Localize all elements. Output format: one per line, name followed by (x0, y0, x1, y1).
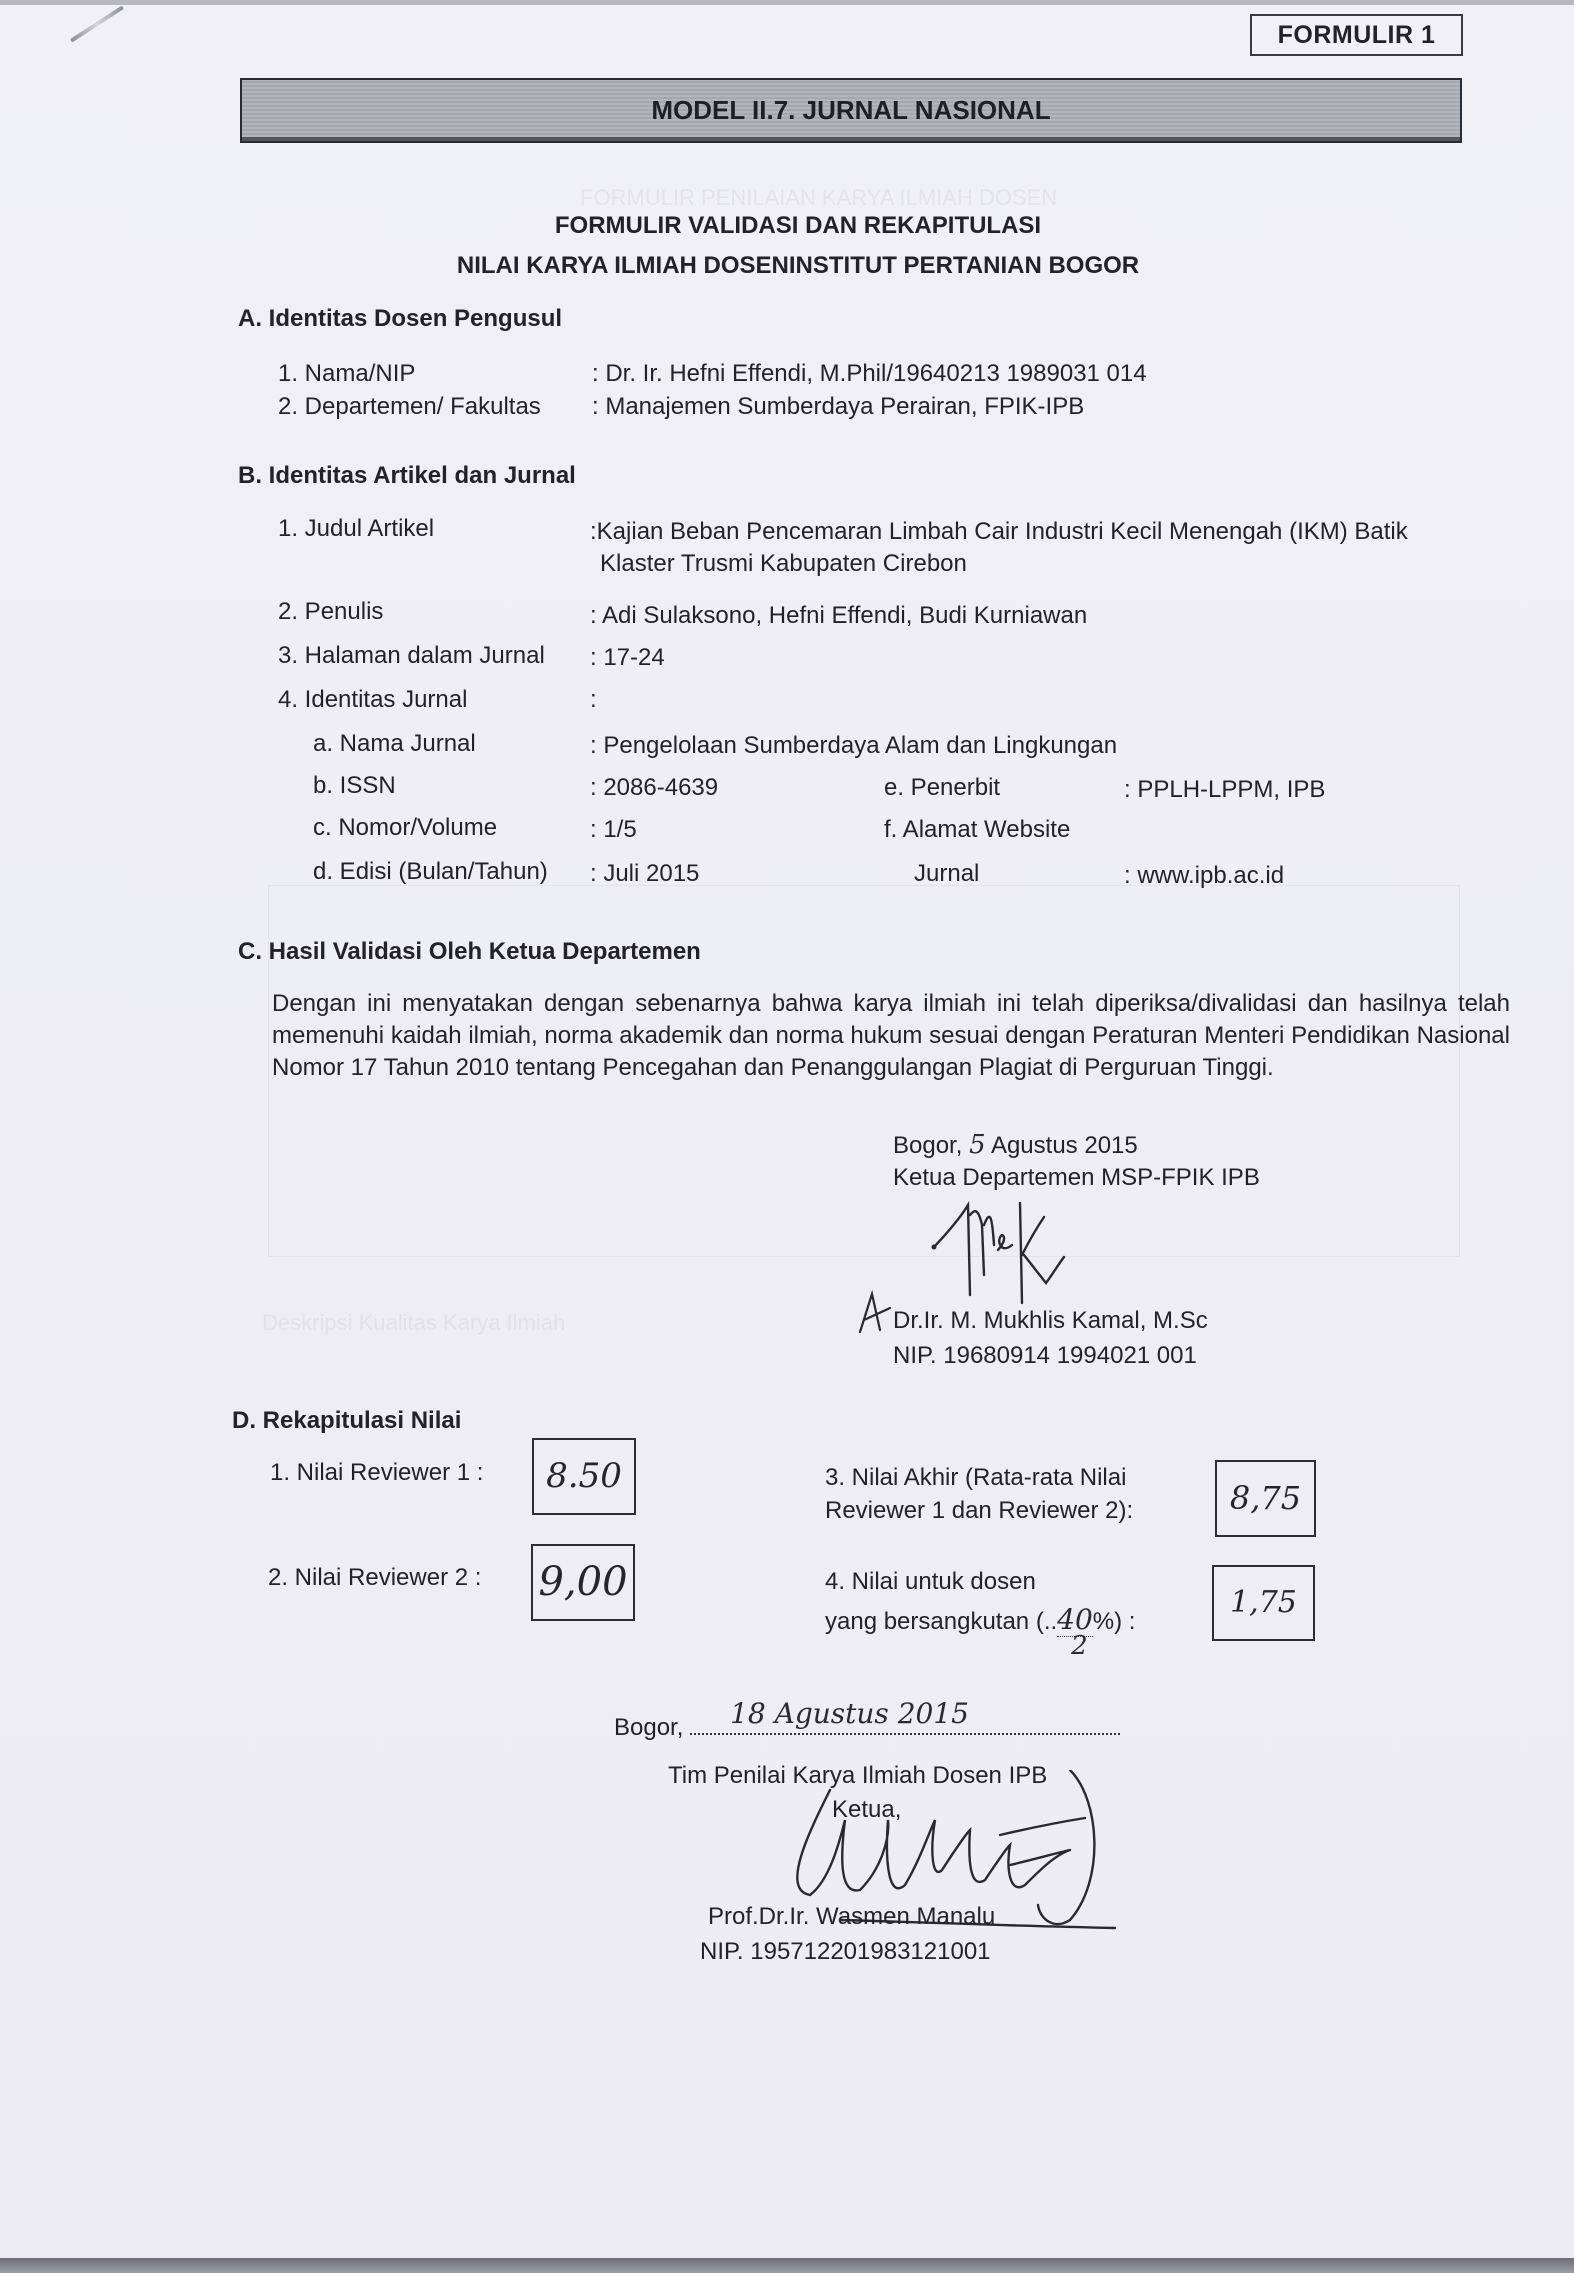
edisi-value: : Juli 2015 (590, 860, 699, 888)
judul-artikel-label: 1. Judul Artikel (278, 515, 434, 543)
reviewer2-score-box: 9,00 (531, 1544, 635, 1621)
alamat-website-label: f. Alamat Website (884, 816, 1070, 844)
bleed-through-text: FORMULIR PENILAIAN KARYA ILMIAH DOSEN (580, 185, 1057, 211)
nama-nip-label: 1. Nama/NIP (278, 360, 415, 388)
department-head-name: Dr.Ir. M. Mukhlis Kamal, M.Sc (893, 1307, 1208, 1335)
lecturer-label-prefix: yang bersangkutan (.. (825, 1608, 1057, 1635)
departemen-label: 2. Departemen/ Fakultas (278, 393, 541, 421)
nama-jurnal-value: : Pengelolaan Sumberdaya Alam dan Lingku… (590, 732, 1117, 760)
alamat-website-label-line2: Jurnal (914, 860, 979, 888)
section-d-heading: D. Rekapitulasi Nilai (232, 1407, 461, 1435)
nomor-volume-value: : 1/5 (590, 816, 637, 844)
scan-bottom-edge (0, 2258, 1574, 2273)
handwritten-divisor: 2 (1071, 1631, 1088, 1661)
handwritten-day: 5 (969, 1130, 986, 1160)
handwritten-percent: 402 (1057, 1603, 1093, 1637)
departemen-value: : Manajemen Sumberdaya Perairan, FPIK-IP… (592, 393, 1084, 421)
judul-artikel-value-line2: Klaster Trusmi Kabupaten Cirebon (600, 550, 967, 578)
validation-statement: Dengan ini menyatakan dengan sebenarnya … (272, 988, 1510, 1084)
issn-value: : 2086-4639 (590, 774, 718, 802)
penerbit-value: : PPLH-LPPM, IPB (1124, 776, 1325, 804)
reviewer1-label: 1. Nilai Reviewer 1 : (270, 1459, 483, 1487)
identitas-jurnal-colon: : (590, 686, 597, 714)
final-score-label-line1: 3. Nilai Akhir (Rata-rata Nilai (825, 1464, 1126, 1492)
handwritten-date: 18 Agustus 2015 (730, 1697, 969, 1730)
issn-label: b. ISSN (313, 772, 396, 800)
footer-place-prefix: Bogor, (614, 1714, 690, 1741)
alamat-website-value: : www.ipb.ac.id (1124, 862, 1284, 890)
model-banner: MODEL II.7. JURNAL NASIONAL (240, 78, 1462, 143)
halaman-label: 3. Halaman dalam Jurnal (278, 642, 545, 670)
reviewer1-score-box: 8.50 (532, 1438, 636, 1515)
form-number-label: FORMULIR 1 (1250, 14, 1463, 56)
document-title-line2: NILAI KARYA ILMIAH DOSENINSTITUT PERTANI… (0, 252, 1574, 280)
section-b-heading: B. Identitas Artikel dan Jurnal (238, 462, 576, 490)
section-c-heading: C. Hasil Validasi Oleh Ketua Departemen (238, 938, 701, 966)
nama-nip-value: : Dr. Ir. Hefni Effendi, M.Phil/19640213… (592, 360, 1147, 388)
department-head-signature (920, 1195, 1090, 1315)
nomor-volume-label: c. Nomor/Volume (313, 814, 497, 842)
validation-place-date: Bogor, 5 Agustus 2015 (893, 1130, 1138, 1160)
lecturer-score-label-line2: yang bersangkutan (..402%) : (825, 1603, 1135, 1637)
lecturer-label-suffix: %) : (1093, 1608, 1136, 1635)
edisi-label: d. Edisi (Bulan/Tahun) (313, 858, 548, 886)
lecturer-score-box: 1,75 (1212, 1565, 1315, 1641)
penulis-label: 2. Penulis (278, 598, 383, 626)
lecturer-score-label-line1: 4. Nilai untuk dosen (825, 1568, 1036, 1596)
document-title-line1: FORMULIR VALIDASI DAN REKAPITULASI (0, 212, 1574, 240)
team-chair-name: Prof.Dr.Ir. Wasmen Manalu (708, 1903, 995, 1931)
bleed-through-text: Deskripsi Kualitas Karya Ilmiah (262, 1310, 565, 1336)
place-prefix: Bogor, (893, 1132, 969, 1159)
scan-top-edge (0, 0, 1574, 5)
penerbit-label: e. Penerbit (884, 774, 1000, 802)
team-chair-nip: NIP. 195712201983121001 (700, 1938, 991, 1966)
halaman-value: : 17-24 (590, 644, 665, 672)
reviewer2-label: 2. Nilai Reviewer 2 : (268, 1564, 481, 1592)
date-dotted-line: 18 Agustus 2015 (690, 1707, 1120, 1735)
initial-mark (856, 1290, 892, 1336)
penulis-value: : Adi Sulaksono, Hefni Effendi, Budi Kur… (590, 602, 1087, 630)
place-suffix: Agustus 2015 (986, 1132, 1138, 1159)
final-score-label-line2: Reviewer 1 dan Reviewer 2): (825, 1497, 1133, 1525)
nama-jurnal-label: a. Nama Jurnal (313, 730, 476, 758)
section-a-heading: A. Identitas Dosen Pengusul (238, 305, 562, 333)
department-head-position: Ketua Departemen MSP-FPIK IPB (893, 1164, 1260, 1192)
footer-place-date: Bogor, 18 Agustus 2015 (614, 1707, 1120, 1742)
judul-artikel-value-line1: :Kajian Beban Pencemaran Limbah Cair Ind… (590, 518, 1408, 546)
department-head-nip: NIP. 19680914 1994021 001 (893, 1342, 1197, 1370)
final-score-box: 8,75 (1215, 1460, 1316, 1537)
identitas-jurnal-label: 4. Identitas Jurnal (278, 686, 467, 714)
